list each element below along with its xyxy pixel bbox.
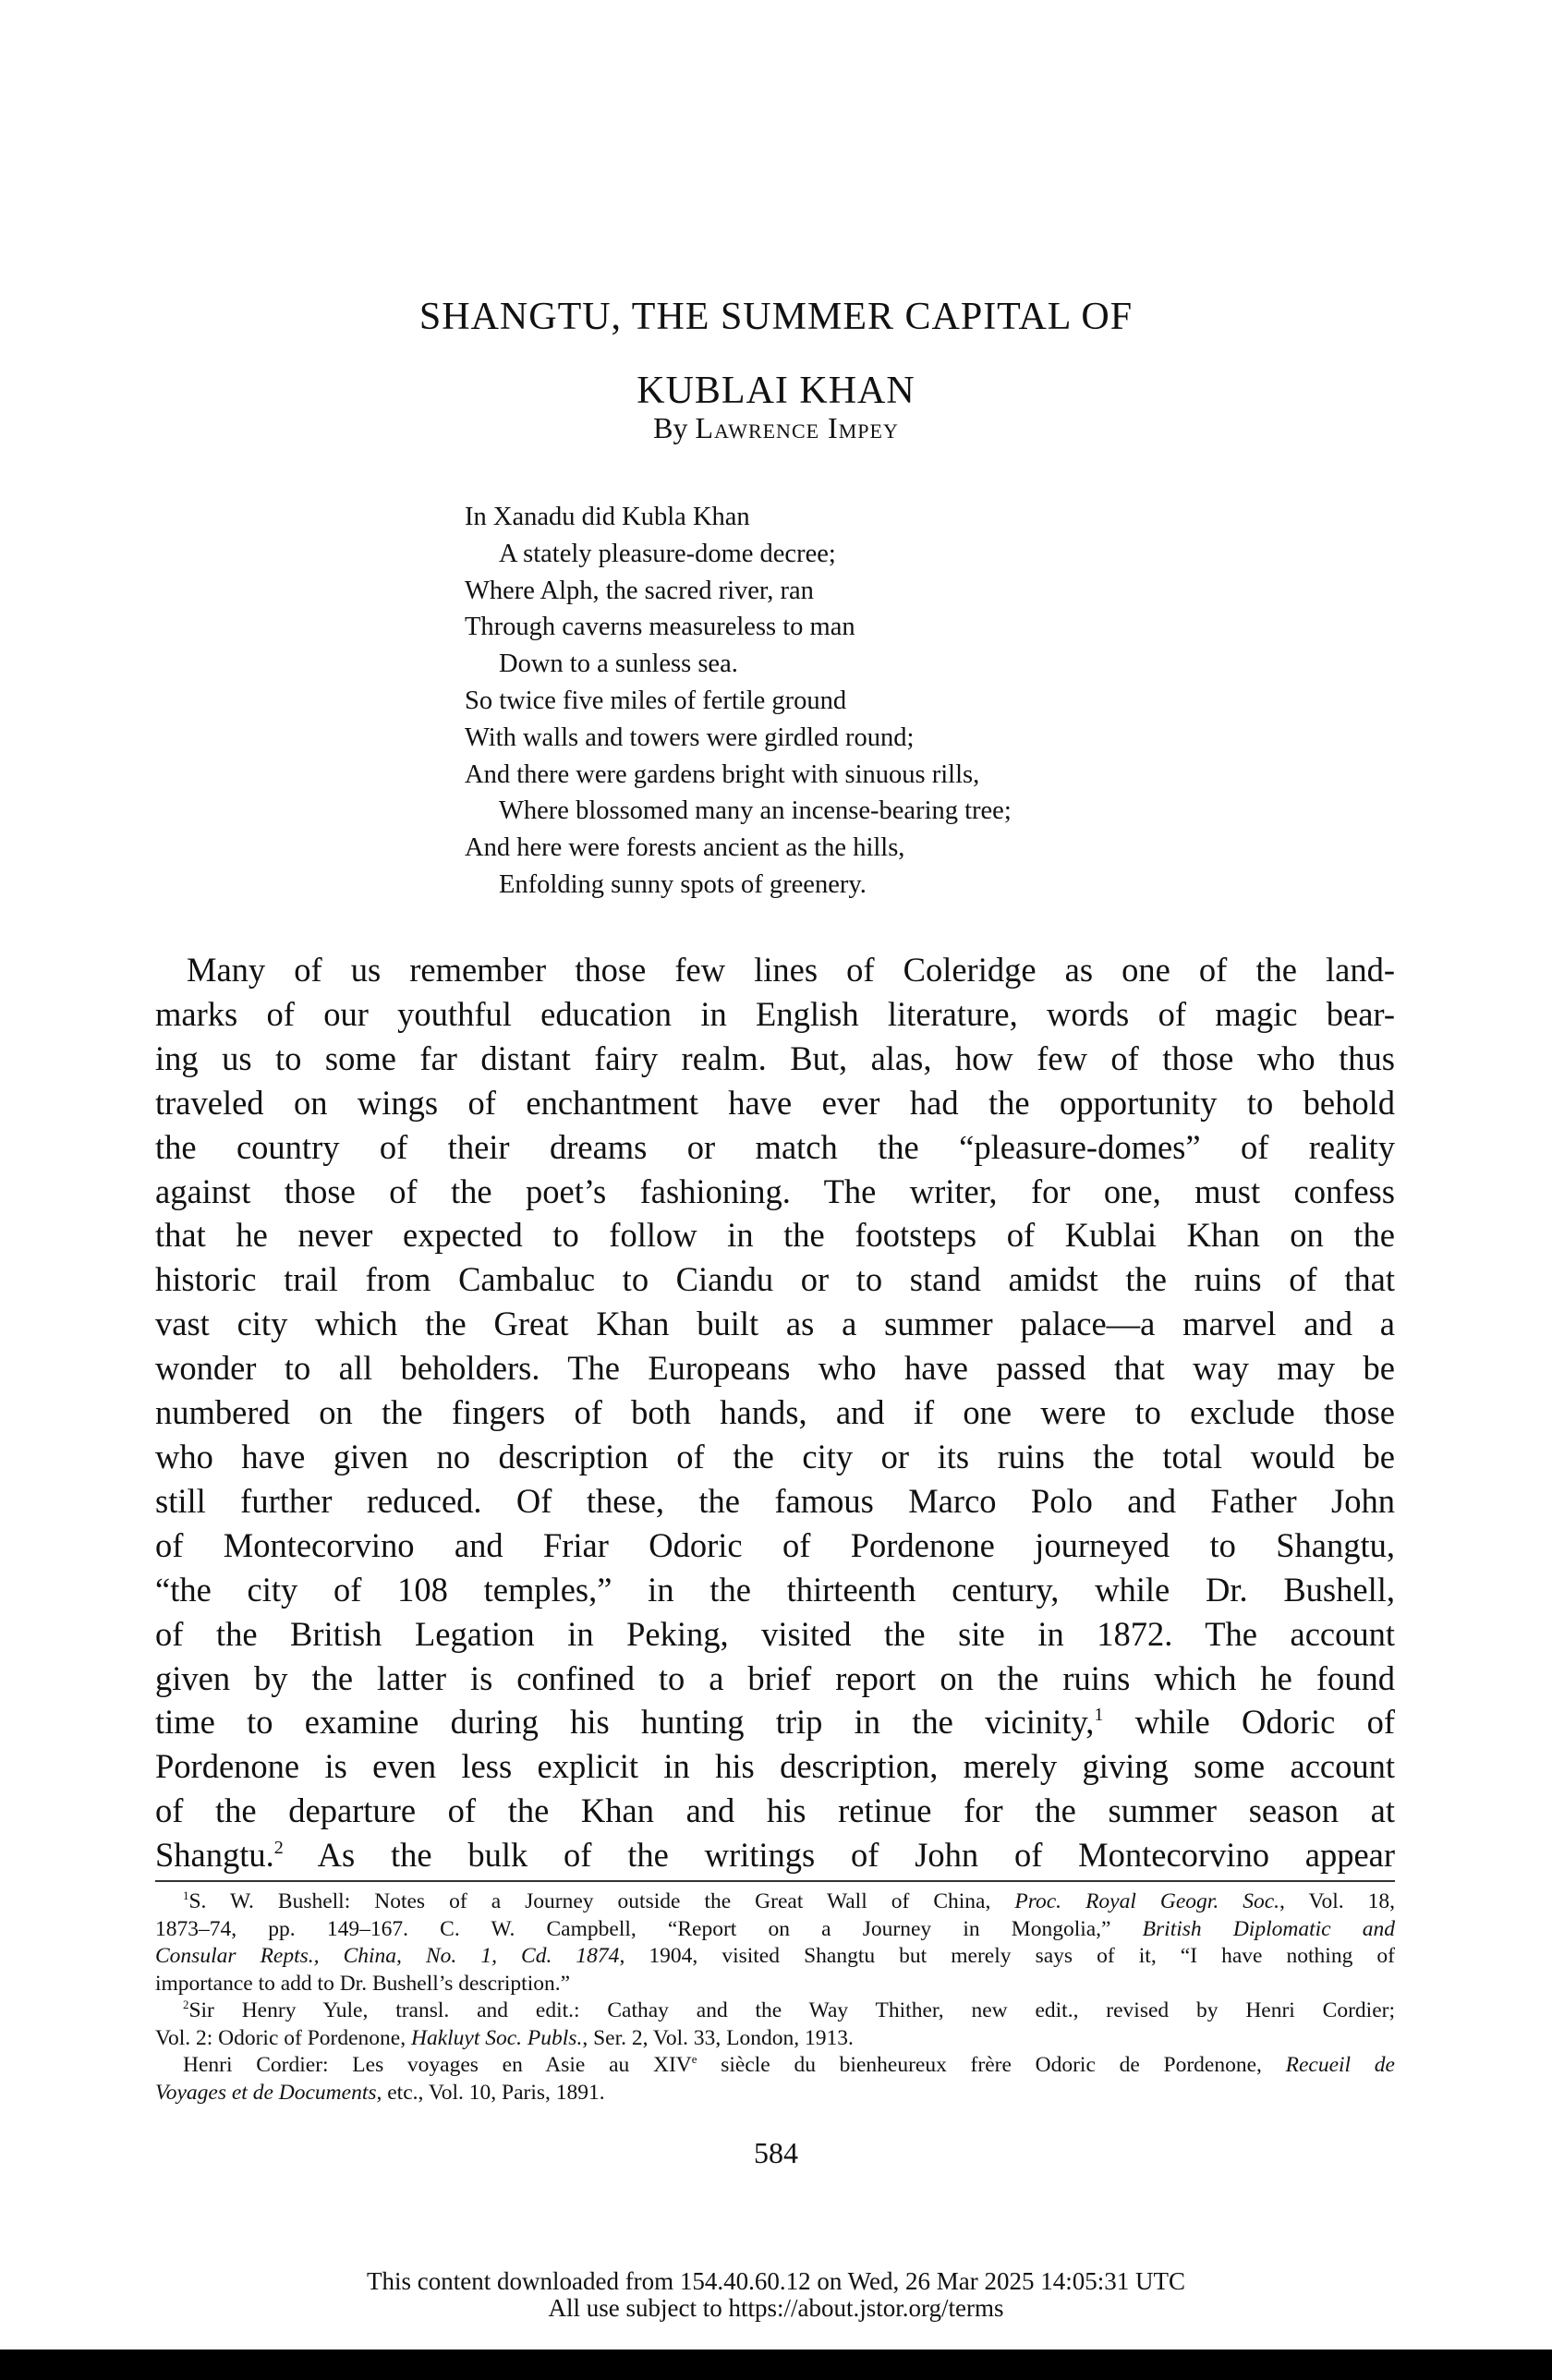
footnote-2-line: Vol. 2: Odoric of Pordenone, Hakluyt Soc… [155, 2025, 1395, 2053]
download-notice: This content downloaded from 154.40.60.1… [0, 2268, 1552, 2322]
footnote-ref-2[interactable]: 2 [274, 1838, 284, 1858]
footnote-citation: Consular Repts., China, No. 1, Cd. 1874 [155, 1944, 619, 1968]
download-notice-line-1: This content downloaded from 154.40.60.1… [0, 2268, 1552, 2295]
body-line: “the city of 108 temples,” in the thirte… [155, 1568, 1395, 1612]
body-line: who have given no description of the cit… [155, 1435, 1395, 1479]
body-line: against those of the poet’s fashioning. … [155, 1170, 1395, 1214]
poem-line: With walls and towers were girdled round… [465, 720, 1204, 757]
byline: By Lawrence Impey [0, 409, 1552, 446]
poem-line: So twice five miles of fertile ground [465, 683, 1204, 720]
body-line: numbered on the fingers of both hands, a… [155, 1390, 1395, 1435]
poem-line: Where blossomed many an incense-bearing … [465, 793, 1204, 830]
poem-line: Enfolding sunny spots of greenery. [465, 867, 1204, 904]
footnote-citation: British Diplomatic and [1143, 1917, 1395, 1941]
footnote-2-line: Henri Cordier: Les voyages en Asie au XI… [155, 2052, 1395, 2080]
footnote-text: , 1904, visited Shangtu but merely says … [619, 1944, 1395, 1968]
download-notice-line-2: All use subject to https://about.jstor.o… [0, 2295, 1552, 2322]
body-line: traveled on wings of enchantment have ev… [155, 1081, 1395, 1125]
footnote-text: S. W. Bushell: Notes of a Journey outsid… [188, 1889, 1014, 1913]
body-line-text: As the bulk of the writings of John of M… [284, 1836, 1395, 1874]
poem-line: Where Alph, the sacred river, ran [465, 573, 1204, 610]
poem-line: Down to a sunless sea. [465, 646, 1204, 683]
footnote-citation: Voyages et de Documents [155, 2081, 377, 2105]
journal-page: SHANGTU, THE SUMMER CAPITAL OF KUBLAI KH… [0, 0, 1552, 2380]
footnote-text: 1873–74, pp. 149–167. C. W. Campbell, “R… [155, 1917, 1143, 1941]
footnote-1: 1S. W. Bushell: Notes of a Journey outsi… [155, 1888, 1395, 1916]
footnote-1-line: 1873–74, pp. 149–167. C. W. Campbell, “R… [155, 1916, 1395, 1944]
body-line: still further reduced. Of these, the fam… [155, 1479, 1395, 1524]
byline-prefix: By [653, 411, 687, 444]
footnote-2: 2Sir Henry Yule, transl. and edit.: Cath… [155, 1997, 1395, 2025]
poem-line: A stately pleasure-dome decree; [465, 536, 1204, 573]
poem-line: And here were forests ancient as the hil… [465, 830, 1204, 867]
footnote-citation: Proc. Royal Geogr. Soc. [1014, 1889, 1279, 1913]
bottom-black-bar [0, 2350, 1552, 2380]
body-line: given by the latter is confined to a bri… [155, 1657, 1395, 1701]
title-line-1: SHANGTU, THE SUMMER CAPITAL OF [0, 280, 1552, 354]
body-line-text: while Odoric of [1103, 1703, 1395, 1741]
body-line: Pordenone is even less explicit in his d… [155, 1744, 1395, 1789]
body-line: Shangtu.2 As the bulk of the writings of… [155, 1833, 1395, 1877]
poem-line: Through caverns measureless to man [465, 609, 1204, 646]
body-paragraph: Many of us remember those few lines of C… [155, 948, 1395, 1877]
article-title: SHANGTU, THE SUMMER CAPITAL OF KUBLAI KH… [0, 280, 1552, 428]
footnote-text: Sir Henry Yule, transl. and edit.: Catha… [188, 1998, 1395, 2022]
body-line: Many of us remember those few lines of C… [155, 948, 1395, 992]
author-name: Lawrence Impey [696, 411, 899, 444]
body-line: time to examine during his hunting trip … [155, 1700, 1395, 1744]
body-line: historic trail from Cambaluc to Ciandu o… [155, 1257, 1395, 1302]
footnote-text: Henri Cordier: Les voyages en Asie au XI… [183, 2053, 692, 2077]
footnote-citation: Recueil de [1286, 2053, 1395, 2077]
footnote-text: , Ser. 2, Vol. 33, London, 1913. [582, 2026, 854, 2050]
footnote-2-line: Voyages et de Documents, etc., Vol. 10, … [155, 2080, 1395, 2107]
body-line: vast city which the Great Khan built as … [155, 1302, 1395, 1346]
footnote-divider [155, 1880, 1395, 1882]
page-number: 584 [0, 2134, 1552, 2171]
poem-line: And there were gardens bright with sinuo… [465, 757, 1204, 794]
body-line: that he never expected to follow in the … [155, 1213, 1395, 1257]
poem-line: In Xanadu did Kubla Khan [465, 499, 1204, 536]
footnote-1-line: Consular Repts., China, No. 1, Cd. 1874,… [155, 1943, 1395, 1971]
body-line: of Montecorvino and Friar Odoric of Pord… [155, 1524, 1395, 1568]
footnote-text: , etc., Vol. 10, Paris, 1891. [377, 2081, 605, 2105]
body-line: of the British Legation in Peking, visit… [155, 1612, 1395, 1657]
body-line: ing us to some far distant fairy realm. … [155, 1037, 1395, 1081]
body-line: marks of our youthful education in Engli… [155, 992, 1395, 1037]
body-line: the country of their dreams or match the… [155, 1125, 1395, 1170]
footnote-text: , Vol. 18, [1279, 1889, 1395, 1913]
footnote-citation: Hakluyt Soc. Publs. [411, 2026, 582, 2050]
body-line-text: time to examine during his hunting trip … [155, 1703, 1094, 1741]
footnote-ref-1[interactable]: 1 [1094, 1705, 1103, 1725]
body-line: of the departure of the Khan and his ret… [155, 1789, 1395, 1833]
footnotes: 1S. W. Bushell: Notes of a Journey outsi… [155, 1888, 1395, 2107]
footnote-text: siècle du bienheureux frère Odoric de Po… [697, 2053, 1286, 2077]
epigraph-poem: In Xanadu did Kubla Khan A stately pleas… [465, 499, 1204, 904]
footnote-text: Vol. 2: Odoric of Pordenone, [155, 2026, 411, 2050]
body-line-text: Shangtu. [155, 1836, 274, 1874]
footnote-1-line: importance to add to Dr. Bushell’s descr… [155, 1971, 1395, 1998]
body-line: wonder to all beholders. The Europeans w… [155, 1346, 1395, 1390]
